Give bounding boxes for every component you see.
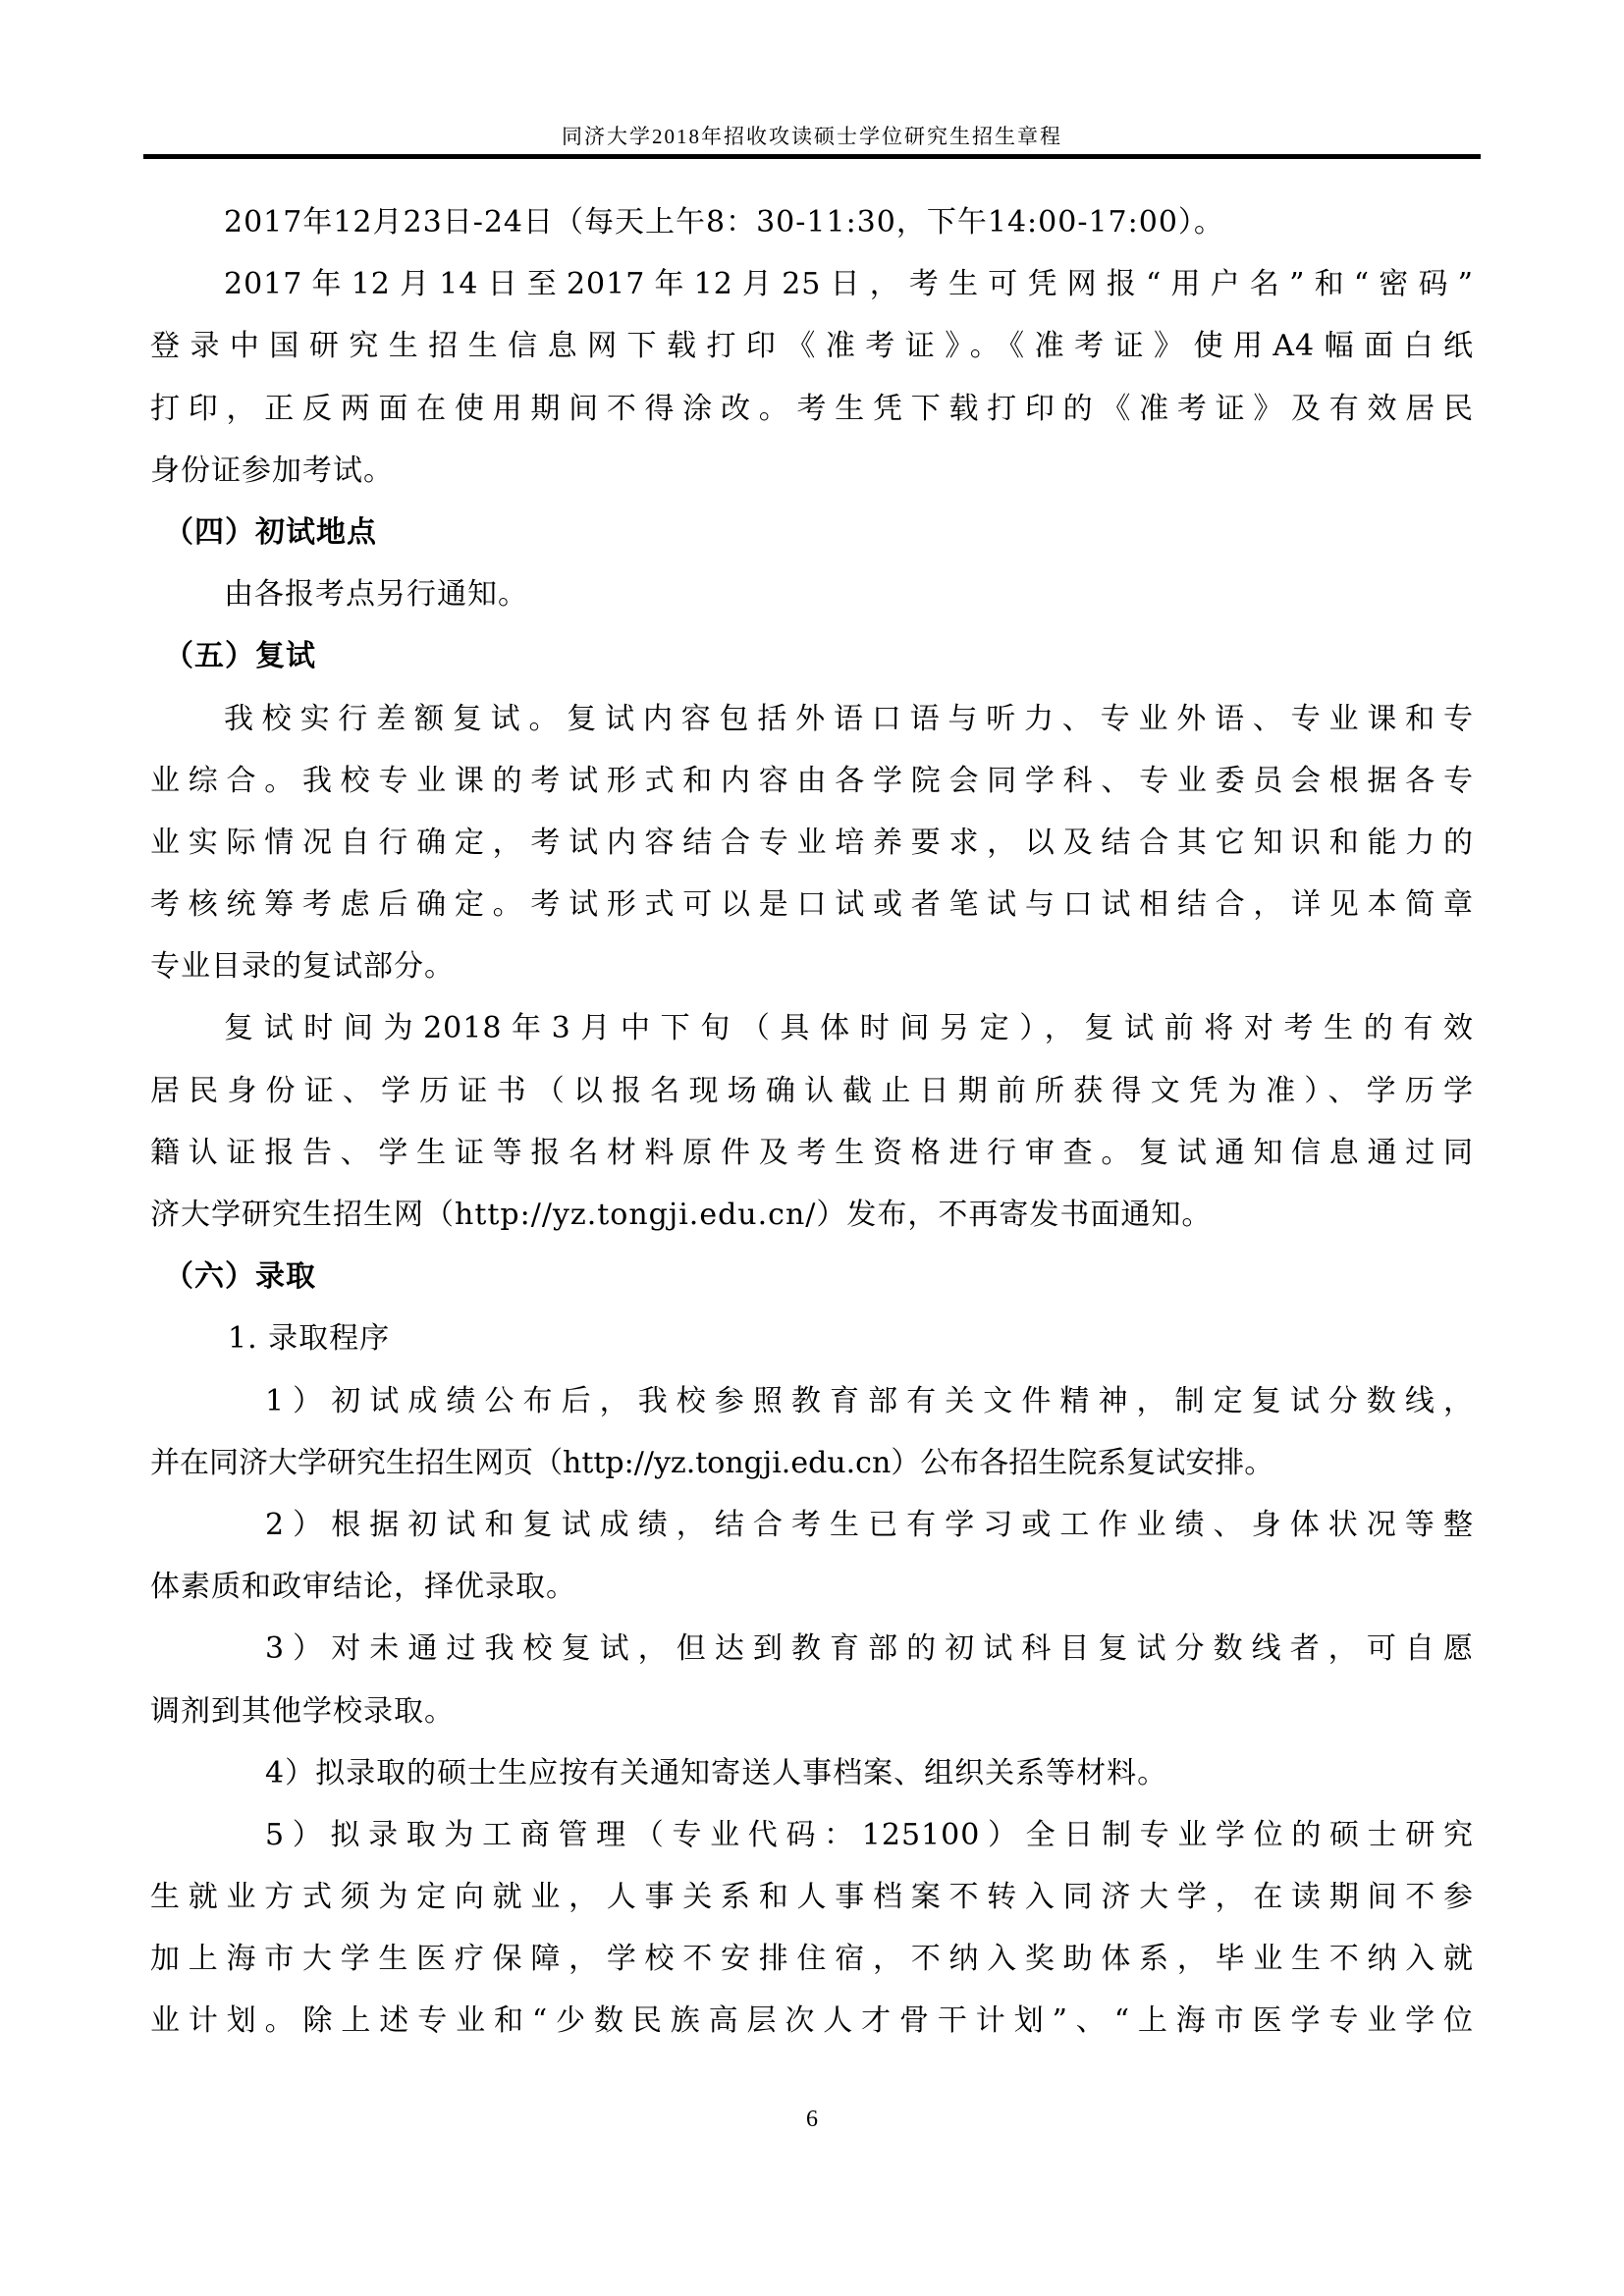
admission-item-1-line: 1）初试成绩公布后，我校参照教育部有关文件精神，制定复试分数线， <box>150 1370 1474 1432</box>
section-heading-admission: （六）录取 <box>150 1246 1474 1308</box>
paragraph-admission-ticket-line: 登录中国研究生招生信息网下载打印《准考证》。《准考证》使用A4幅面白纸 <box>150 315 1474 377</box>
admission-item-3-line: 调剂到其他学校录取。 <box>150 1681 1474 1742</box>
paragraph-retest-time-line: 居民身份证、学历证书（以报名现场确认截止日期前所获得文凭为准）、学历学 <box>150 1060 1474 1122</box>
paragraph-retest-line: 业综合。我校专业课的考试形式和内容由各学院会同学科、专业委员会根据各专 <box>150 750 1474 812</box>
admission-item-5-line: 生就业方式须为定向就业，人事关系和人事档案不转入同济大学，在读期间不参 <box>150 1866 1474 1928</box>
section-heading-exam-location: （四）初试地点 <box>150 502 1474 563</box>
admission-item-2-line: 2）根据初试和复试成绩，结合考生已有学习或工作业绩、身体状况等整 <box>150 1494 1474 1556</box>
page-number: 6 <box>0 2103 1624 2136</box>
admission-item-4-line: 4）拟录取的硕士生应按有关通知寄送人事档案、组织关系等材料。 <box>150 1742 1474 1804</box>
paragraph-retest-line: 我校实行差额复试。复试内容包括外语口语与听力、专业外语、专业课和专 <box>150 688 1474 750</box>
header-divider <box>143 154 1481 159</box>
paragraph-admission-ticket-line: 2017年12月14日至2017年12月25日，考生可凭网报“用户名”和“密码” <box>150 253 1474 315</box>
paragraph-retest-time-line: 籍认证报告、学生证等报名材料原件及考生资格进行审查。复试通知信息通过同 <box>150 1122 1474 1184</box>
paragraph-retest-line: 专业目录的复试部分。 <box>150 935 1474 997</box>
section-heading-retest: （五）复试 <box>150 625 1474 687</box>
paragraph-admission-ticket-line: 身份证参加考试。 <box>150 440 1474 502</box>
paragraph-retest-line: 考核统筹考虑后确定。考试形式可以是口试或者笔试与口试相结合，详见本简章 <box>150 874 1474 935</box>
paragraph-exam-time: 2017年12月23日-24日（每天上午8：30-11:30，下午14:00-1… <box>150 191 1474 253</box>
admission-item-1-line: 并在同济大学研究生招生网页（http://yz.tongji.edu.cn）公布… <box>150 1432 1474 1494</box>
paragraph-retest-line: 业实际情况自行确定，考试内容结合专业培养要求，以及结合其它知识和能力的 <box>150 812 1474 874</box>
paragraph-admission-ticket-line: 打印，正反两面在使用期间不得涂改。考生凭下载打印的《准考证》及有效居民 <box>150 378 1474 440</box>
document-body: 2017年12月23日-24日（每天上午8：30-11:30，下午14:00-1… <box>150 191 1474 2053</box>
admission-item-2-line: 体素质和政审结论，择优录取。 <box>150 1556 1474 1618</box>
subheading-admission-procedure: 1. 录取程序 <box>150 1308 1474 1369</box>
admission-item-5-line: 加上海市大学生医疗保障，学校不安排住宿，不纳入奖助体系，毕业生不纳入就 <box>150 1928 1474 1990</box>
admission-item-3-line: 3）对未通过我校复试，但达到教育部的初试科目复试分数线者，可自愿 <box>150 1618 1474 1680</box>
page-header-title: 同济大学2018年招收攻读硕士学位研究生招生章程 <box>143 122 1481 151</box>
admission-item-5-line: 5）拟录取为工商管理（专业代码：125100）全日制专业学位的硕士研究 <box>150 1804 1474 1866</box>
paragraph-exam-location: 由各报考点另行通知。 <box>150 563 1474 625</box>
admission-item-5-line: 业计划。除上述专业和“少数民族高层次人才骨干计划”、“上海市医学专业学位 <box>150 1990 1474 2052</box>
paragraph-retest-time-line: 复试时间为2018年3月中下旬（具体时间另定），复试前将对考生的有效 <box>150 997 1474 1059</box>
paragraph-retest-time-line: 济大学研究生招生网（http://yz.tongji.edu.cn/）发布，不再… <box>150 1184 1474 1246</box>
